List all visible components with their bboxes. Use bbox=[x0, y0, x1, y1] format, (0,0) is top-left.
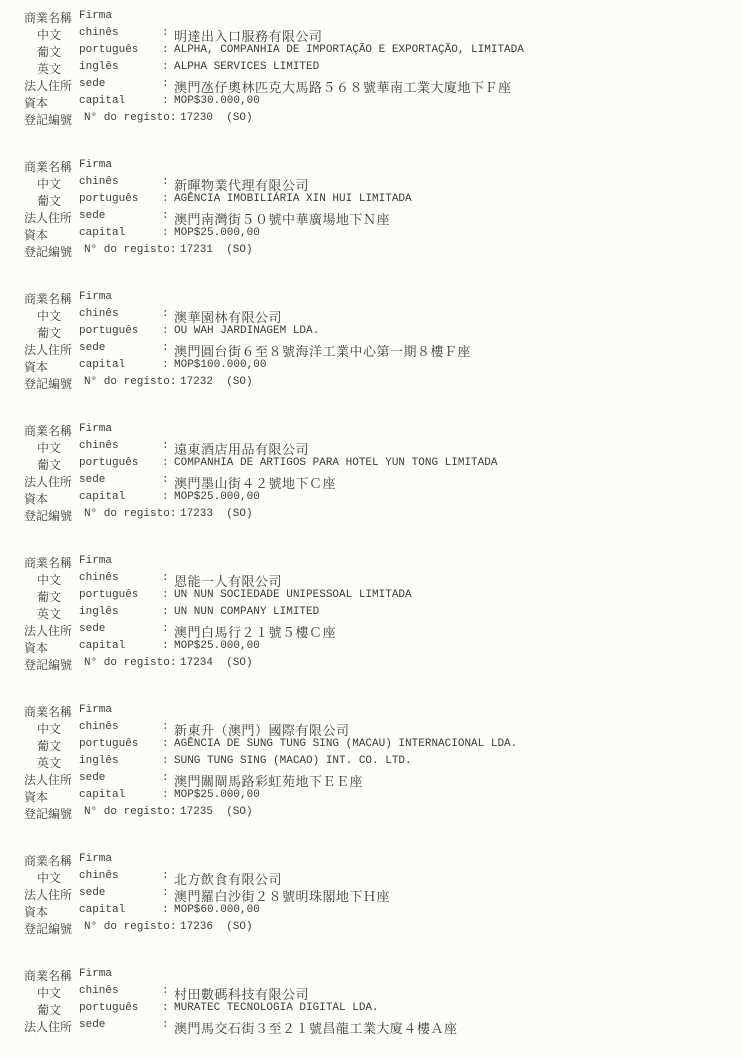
label-portuguese: sede bbox=[79, 342, 105, 354]
colon-separator: : bbox=[162, 606, 169, 618]
label-portuguese: sede bbox=[79, 78, 105, 90]
row-sede: 法人住所 sede : 澳門關閘馬路彩虹苑地下ＥＥ座 bbox=[0, 771, 743, 788]
field-value: MOP$25.000,00 bbox=[174, 491, 260, 503]
colon-separator: : bbox=[162, 1002, 169, 1014]
colon-separator: : bbox=[162, 474, 169, 486]
label-portuguese: português bbox=[79, 457, 138, 469]
label-portuguese: português bbox=[79, 193, 138, 205]
label-chinese: 葡文 bbox=[37, 1001, 61, 1018]
colon-separator: : bbox=[162, 61, 169, 73]
row-sede: 法人住所 sede : 澳門羅白沙街２８號明珠閣地下Ｈ座 bbox=[0, 886, 743, 903]
colon-separator: : bbox=[162, 78, 169, 90]
label-chinese: 法人住所 bbox=[24, 886, 72, 903]
colon-separator: : bbox=[162, 985, 169, 997]
row-capital: 資本 capital : MOP$25.000,00 bbox=[0, 639, 743, 656]
field-value: AGÊNCIA IMOBILIÁRIA XIN HUI LIMITADA bbox=[174, 193, 412, 205]
colon-separator: : bbox=[162, 870, 169, 882]
company-record: 商業名稱 Firma 中文 chinês : 恩能一人有限公司 葡文 portu… bbox=[0, 554, 743, 673]
row-registo: 登記編號 N° do registo: 17236 (SO) bbox=[0, 920, 743, 937]
field-value: MOP$25.000,00 bbox=[174, 789, 260, 801]
row-registo: 登記編號 N° do registo: 17234 (SO) bbox=[0, 656, 743, 673]
row-portuguese_name: 葡文 português : MURATEC TECNOLOGIA DIGITA… bbox=[0, 1001, 743, 1018]
label-chinese: 商業名稱 bbox=[24, 967, 72, 984]
field-value: 17232 (SO) bbox=[180, 376, 253, 388]
row-sede: 法人住所 sede : 澳門墨山街４２號地下Ｃ座 bbox=[0, 473, 743, 490]
label-chinese: 登記編號 bbox=[24, 111, 72, 128]
colon-separator: : bbox=[162, 904, 169, 916]
row-capital: 資本 capital : MOP$25.000,00 bbox=[0, 788, 743, 805]
colon-separator: : bbox=[162, 176, 169, 188]
label-chinese: 法人住所 bbox=[24, 622, 72, 639]
colon-separator: : bbox=[162, 210, 169, 222]
label-chinese: 葡文 bbox=[37, 43, 61, 60]
company-record: 商業名稱 Firma 中文 chinês : 新暉物業代理有限公司 葡文 por… bbox=[0, 158, 743, 260]
row-portuguese_name: 葡文 português : UN NUN SOCIEDADE UNIPESSO… bbox=[0, 588, 743, 605]
row-sede: 法人住所 sede : 澳門馬交石街３至２１號昌龍工業大廈４樓Ａ座 bbox=[0, 1018, 743, 1035]
label-portuguese: sede bbox=[79, 623, 105, 635]
label-chinese: 中文 bbox=[37, 439, 61, 456]
colon-separator: : bbox=[162, 308, 169, 320]
colon-separator: : bbox=[162, 457, 169, 469]
colon-separator: : bbox=[162, 342, 169, 354]
label-portuguese: N° do registo: bbox=[84, 921, 176, 933]
field-value: UN NUN SOCIEDADE UNIPESSOAL LIMITADA bbox=[174, 589, 412, 601]
colon-separator: : bbox=[162, 1019, 169, 1031]
row-firma: 商業名稱 Firma bbox=[0, 290, 743, 307]
row-firma: 商業名稱 Firma bbox=[0, 158, 743, 175]
colon-separator: : bbox=[162, 789, 169, 801]
label-portuguese: Firma bbox=[79, 968, 112, 980]
label-portuguese: português bbox=[79, 589, 138, 601]
label-chinese: 資本 bbox=[24, 903, 48, 920]
label-chinese: 法人住所 bbox=[24, 209, 72, 226]
label-portuguese: chinês bbox=[79, 440, 119, 452]
row-registo: 登記編號 N° do registo: 17235 (SO) bbox=[0, 805, 743, 822]
label-portuguese: capital bbox=[79, 491, 125, 503]
field-value: 17233 (SO) bbox=[180, 508, 253, 520]
label-chinese: 中文 bbox=[37, 26, 61, 43]
colon-separator: : bbox=[162, 589, 169, 601]
field-value: 17236 (SO) bbox=[180, 921, 253, 933]
row-chinese_name: 中文 chinês : 新東升（澳門）國際有限公司 bbox=[0, 720, 743, 737]
label-portuguese: inglês bbox=[79, 606, 119, 618]
company-record: 商業名稱 Firma 中文 chinês : 明達出入口服務有限公司 葡文 po… bbox=[0, 9, 743, 128]
label-chinese: 資本 bbox=[24, 788, 48, 805]
field-value: 17234 (SO) bbox=[180, 657, 253, 669]
row-capital: 資本 capital : MOP$25.000,00 bbox=[0, 226, 743, 243]
row-english_name: 英文 inglês : UN NUN COMPANY LIMITED bbox=[0, 605, 743, 622]
field-value: UN NUN COMPANY LIMITED bbox=[174, 606, 319, 618]
colon-separator: : bbox=[162, 640, 169, 652]
colon-separator: : bbox=[162, 44, 169, 56]
label-portuguese: sede bbox=[79, 474, 105, 486]
colon-separator: : bbox=[162, 193, 169, 205]
row-chinese_name: 中文 chinês : 恩能一人有限公司 bbox=[0, 571, 743, 588]
label-chinese: 資本 bbox=[24, 358, 48, 375]
field-value: 17230 (SO) bbox=[180, 112, 253, 124]
label-chinese: 商業名稱 bbox=[24, 9, 72, 26]
label-chinese: 英文 bbox=[37, 60, 61, 77]
label-chinese: 中文 bbox=[37, 175, 61, 192]
label-portuguese: inglês bbox=[79, 61, 119, 73]
label-portuguese: N° do registo: bbox=[84, 806, 176, 818]
label-portuguese: chinês bbox=[79, 176, 119, 188]
label-chinese: 資本 bbox=[24, 639, 48, 656]
label-chinese: 商業名稱 bbox=[24, 703, 72, 720]
label-chinese: 葡文 bbox=[37, 588, 61, 605]
label-portuguese: sede bbox=[79, 772, 105, 784]
label-chinese: 葡文 bbox=[37, 192, 61, 209]
colon-separator: : bbox=[162, 440, 169, 452]
label-portuguese: chinês bbox=[79, 308, 119, 320]
colon-separator: : bbox=[162, 755, 169, 767]
label-portuguese: chinês bbox=[79, 721, 119, 733]
row-firma: 商業名稱 Firma bbox=[0, 703, 743, 720]
company-record: 商業名稱 Firma 中文 chinês : 遠東酒店用品有限公司 葡文 por… bbox=[0, 422, 743, 524]
field-value: SUNG TUNG SING (MACAO) INT. CO. LTD. bbox=[174, 755, 412, 767]
row-sede: 法人住所 sede : 澳門氹仔奧林匹克大馬路５６８號華南工業大廈地下Ｆ座 bbox=[0, 77, 743, 94]
label-portuguese: português bbox=[79, 44, 138, 56]
row-chinese_name: 中文 chinês : 遠東酒店用品有限公司 bbox=[0, 439, 743, 456]
label-chinese: 法人住所 bbox=[24, 473, 72, 490]
label-portuguese: capital bbox=[79, 227, 125, 239]
label-chinese: 英文 bbox=[37, 754, 61, 771]
colon-separator: : bbox=[162, 325, 169, 337]
colon-separator: : bbox=[162, 721, 169, 733]
label-portuguese: capital bbox=[79, 789, 125, 801]
label-chinese: 資本 bbox=[24, 94, 48, 111]
label-chinese: 中文 bbox=[37, 571, 61, 588]
row-sede: 法人住所 sede : 澳門白馬行２１號５樓Ｃ座 bbox=[0, 622, 743, 639]
label-chinese: 登記編號 bbox=[24, 656, 72, 673]
row-firma: 商業名稱 Firma bbox=[0, 422, 743, 439]
label-portuguese: português bbox=[79, 1002, 138, 1014]
label-portuguese: Firma bbox=[79, 853, 112, 865]
label-portuguese: Firma bbox=[79, 423, 112, 435]
label-portuguese: N° do registo: bbox=[84, 112, 176, 124]
company-record: 商業名稱 Firma 中文 chinês : 新東升（澳門）國際有限公司 葡文 … bbox=[0, 703, 743, 822]
label-chinese: 中文 bbox=[37, 720, 61, 737]
row-chinese_name: 中文 chinês : 北方飲食有限公司 bbox=[0, 869, 743, 886]
label-chinese: 商業名稱 bbox=[24, 158, 72, 175]
label-chinese: 登記編號 bbox=[24, 507, 72, 524]
label-chinese: 葡文 bbox=[37, 737, 61, 754]
label-portuguese: português bbox=[79, 738, 138, 750]
row-firma: 商業名稱 Firma bbox=[0, 852, 743, 869]
label-portuguese: chinês bbox=[79, 572, 119, 584]
field-value: MURATEC TECNOLOGIA DIGITAL LDA. bbox=[174, 1002, 379, 1014]
label-portuguese: Firma bbox=[79, 10, 112, 22]
label-portuguese: inglês bbox=[79, 755, 119, 767]
field-value: ALPHA SERVICES LIMITED bbox=[174, 61, 319, 73]
label-portuguese: chinês bbox=[79, 985, 119, 997]
label-chinese: 資本 bbox=[24, 226, 48, 243]
row-registo: 登記編號 N° do registo: 17232 (SO) bbox=[0, 375, 743, 392]
label-chinese: 法人住所 bbox=[24, 341, 72, 358]
label-chinese: 商業名稱 bbox=[24, 290, 72, 307]
row-firma: 商業名稱 Firma bbox=[0, 9, 743, 26]
label-chinese: 商業名稱 bbox=[24, 422, 72, 439]
field-value: OU WAH JARDINAGEM LDA. bbox=[174, 325, 319, 337]
label-portuguese: sede bbox=[79, 210, 105, 222]
label-chinese: 法人住所 bbox=[24, 771, 72, 788]
colon-separator: : bbox=[162, 27, 169, 39]
label-portuguese: sede bbox=[79, 1019, 105, 1031]
row-firma: 商業名稱 Firma bbox=[0, 967, 743, 984]
label-chinese: 資本 bbox=[24, 490, 48, 507]
colon-separator: : bbox=[162, 227, 169, 239]
label-portuguese: capital bbox=[79, 95, 125, 107]
label-portuguese: Firma bbox=[79, 291, 112, 303]
field-value: MOP$25.000,00 bbox=[174, 227, 260, 239]
label-portuguese: português bbox=[79, 325, 138, 337]
label-chinese: 登記編號 bbox=[24, 920, 72, 937]
field-value: MOP$25.000,00 bbox=[174, 640, 260, 652]
colon-separator: : bbox=[162, 623, 169, 635]
row-registo: 登記編號 N° do registo: 17233 (SO) bbox=[0, 507, 743, 524]
label-portuguese: N° do registo: bbox=[84, 244, 176, 256]
commercial-registry-document: 商業名稱 Firma 中文 chinês : 明達出入口服務有限公司 葡文 po… bbox=[0, 0, 743, 1035]
field-value: COMPANHIA DE ARTIGOS PARA HOTEL YUN TONG… bbox=[174, 457, 497, 469]
label-portuguese: capital bbox=[79, 904, 125, 916]
label-portuguese: chinês bbox=[79, 27, 119, 39]
row-portuguese_name: 葡文 português : ALPHA, COMPANHIA DE IMPOR… bbox=[0, 43, 743, 60]
label-chinese: 中文 bbox=[37, 307, 61, 324]
row-registo: 登記編號 N° do registo: 17231 (SO) bbox=[0, 243, 743, 260]
label-chinese: 法人住所 bbox=[24, 77, 72, 94]
label-portuguese: Firma bbox=[79, 555, 112, 567]
row-portuguese_name: 葡文 português : AGÊNCIA DE SUNG TUNG SING… bbox=[0, 737, 743, 754]
row-capital: 資本 capital : MOP$25.000,00 bbox=[0, 490, 743, 507]
field-value: MOP$30.000,00 bbox=[174, 95, 260, 107]
label-portuguese: Firma bbox=[79, 704, 112, 716]
row-registo: 登記編號 N° do registo: 17230 (SO) bbox=[0, 111, 743, 128]
colon-separator: : bbox=[162, 572, 169, 584]
field-value: 17235 (SO) bbox=[180, 806, 253, 818]
label-chinese: 登記編號 bbox=[24, 805, 72, 822]
row-capital: 資本 capital : MOP$100.000,00 bbox=[0, 358, 743, 375]
field-value: MOP$100.000,00 bbox=[174, 359, 266, 371]
row-sede: 法人住所 sede : 澳門圓台街６至８號海洋工業中心第一期８樓Ｆ座 bbox=[0, 341, 743, 358]
row-firma: 商業名稱 Firma bbox=[0, 554, 743, 571]
company-record: 商業名稱 Firma 中文 chinês : 村田數碼科技有限公司 葡文 por… bbox=[0, 967, 743, 1035]
label-portuguese: capital bbox=[79, 640, 125, 652]
label-portuguese: capital bbox=[79, 359, 125, 371]
field-value: MOP$60.000,00 bbox=[174, 904, 260, 916]
row-english_name: 英文 inglês : ALPHA SERVICES LIMITED bbox=[0, 60, 743, 77]
row-chinese_name: 中文 chinês : 村田數碼科技有限公司 bbox=[0, 984, 743, 1001]
label-chinese: 中文 bbox=[37, 984, 61, 1001]
label-chinese: 葡文 bbox=[37, 324, 61, 341]
label-portuguese: sede bbox=[79, 887, 105, 899]
field-value: AGÊNCIA DE SUNG TUNG SING (MACAU) INTERN… bbox=[174, 738, 517, 750]
row-portuguese_name: 葡文 português : COMPANHIA DE ARTIGOS PARA… bbox=[0, 456, 743, 473]
label-portuguese: Firma bbox=[79, 159, 112, 171]
label-portuguese: N° do registo: bbox=[84, 508, 176, 520]
label-chinese: 英文 bbox=[37, 605, 61, 622]
field-value: ALPHA, COMPANHIA DE IMPORTAÇÃO E EXPORTA… bbox=[174, 44, 524, 56]
row-portuguese_name: 葡文 português : OU WAH JARDINAGEM LDA. bbox=[0, 324, 743, 341]
row-capital: 資本 capital : MOP$60.000,00 bbox=[0, 903, 743, 920]
label-chinese: 登記編號 bbox=[24, 243, 72, 260]
label-chinese: 登記編號 bbox=[24, 375, 72, 392]
row-capital: 資本 capital : MOP$30.000,00 bbox=[0, 94, 743, 111]
row-english_name: 英文 inglês : SUNG TUNG SING (MACAO) INT. … bbox=[0, 754, 743, 771]
label-chinese: 商業名稱 bbox=[24, 554, 72, 571]
label-portuguese: N° do registo: bbox=[84, 657, 176, 669]
row-chinese_name: 中文 chinês : 新暉物業代理有限公司 bbox=[0, 175, 743, 192]
colon-separator: : bbox=[162, 359, 169, 371]
label-chinese: 商業名稱 bbox=[24, 852, 72, 869]
row-chinese_name: 中文 chinês : 明達出入口服務有限公司 bbox=[0, 26, 743, 43]
company-record: 商業名稱 Firma 中文 chinês : 澳華園林有限公司 葡文 portu… bbox=[0, 290, 743, 392]
label-portuguese: N° do registo: bbox=[84, 376, 176, 388]
company-record: 商業名稱 Firma 中文 chinês : 北方飲食有限公司 法人住所 sed… bbox=[0, 852, 743, 937]
label-chinese: 葡文 bbox=[37, 456, 61, 473]
label-chinese: 法人住所 bbox=[24, 1018, 72, 1035]
field-value: 澳門馬交石街３至２１號昌龍工業大廈４樓Ａ座 bbox=[174, 1018, 458, 1037]
row-sede: 法人住所 sede : 澳門南灣街５０號中華廣場地下Ｎ座 bbox=[0, 209, 743, 226]
label-portuguese: chinês bbox=[79, 870, 119, 882]
colon-separator: : bbox=[162, 738, 169, 750]
colon-separator: : bbox=[162, 772, 169, 784]
row-chinese_name: 中文 chinês : 澳華園林有限公司 bbox=[0, 307, 743, 324]
colon-separator: : bbox=[162, 491, 169, 503]
colon-separator: : bbox=[162, 95, 169, 107]
colon-separator: : bbox=[162, 887, 169, 899]
label-chinese: 中文 bbox=[37, 869, 61, 886]
field-value: 17231 (SO) bbox=[180, 244, 253, 256]
row-portuguese_name: 葡文 português : AGÊNCIA IMOBILIÁRIA XIN H… bbox=[0, 192, 743, 209]
